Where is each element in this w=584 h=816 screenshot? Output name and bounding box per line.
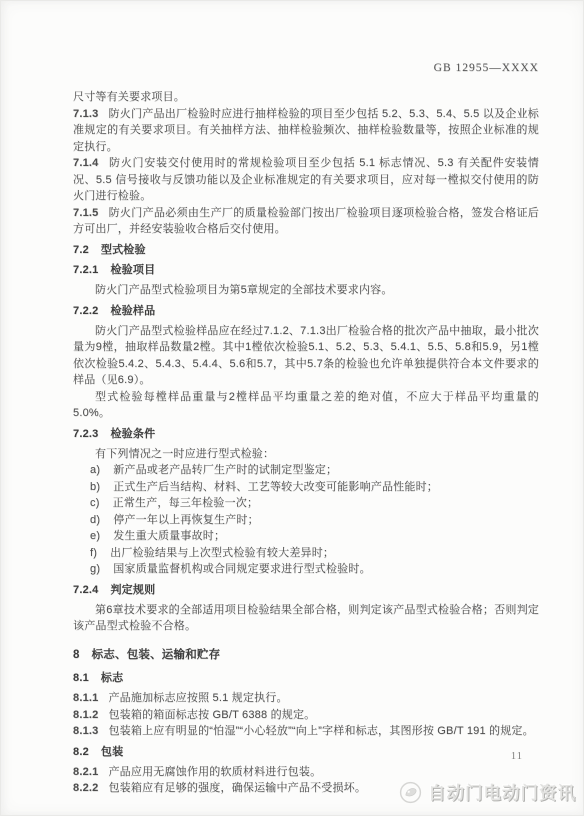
list-item: b)正式生产后当结构、材料、工艺等较大改变可能影响产品性能时； <box>73 479 539 496</box>
paragraph: 8.1.2包装箱的箱面标志按 GB/T 6388 的规定。 <box>73 707 539 724</box>
clause-text: 正式生产后当结构、材料、工艺等较大改变可能影响产品性能时； <box>113 481 438 493</box>
clause-number: 8.2.2 <box>73 782 98 794</box>
clause-text: 新产品或老产品转厂生产时的试制定型鉴定； <box>113 464 337 476</box>
standard-code-header: GB 12955—XXXX <box>434 62 539 74</box>
clause-number: f) <box>90 547 97 559</box>
clause-text: 检验项目 <box>110 264 155 276</box>
clause-number: 7.2.2 <box>73 305 98 317</box>
clause-number: 8.2.1 <box>73 766 98 778</box>
paragraph: 8.2.1产品应用无腐蚀作用的软质材料进行包装。 <box>73 764 539 781</box>
clause-number: 7.1.5 <box>73 207 98 219</box>
clause-number: 7.2.1 <box>73 264 98 276</box>
page-number: 11 <box>511 751 523 762</box>
list-item: c)正常生产，每三年检验一次； <box>73 495 539 512</box>
section-heading: 8标志、包装、运输和贮存 <box>73 647 539 664</box>
paragraph: 尺寸等有关要求项目。 <box>73 89 539 106</box>
clause-text: 产品应用无腐蚀作用的软质材料进行包装。 <box>108 766 321 778</box>
list-item: d)停产一年以上再恢复生产时； <box>73 512 539 529</box>
clause-number: 7.2 <box>73 244 89 256</box>
clause-number: 8.2 <box>73 746 89 758</box>
clause-text: 防火门产品必须由生产厂的质量检验部门按出厂检验项目逐项检验合格，签发合格证后方可… <box>73 207 539 236</box>
swirl-logo-icon <box>398 780 423 805</box>
clause-text: 正常生产，每三年检验一次； <box>113 497 259 509</box>
clause-number: 7.2.4 <box>73 584 98 596</box>
clause-number: 7.2.3 <box>73 428 98 440</box>
list-item: f)出厂检验结果与上次型式检验有较大差异时； <box>73 545 539 562</box>
clause-text: 检验条件 <box>110 428 155 440</box>
watermark: 自动门电动门资讯 <box>398 780 576 805</box>
clause-text: 有下列情况之一时应进行型式检验： <box>95 448 274 460</box>
paragraph: 7.1.3防火门产品出厂检验时应进行抽样检验的项目至少包括 5.2、5.3、5.… <box>73 106 539 156</box>
section-heading: 8.1标志 <box>73 670 539 687</box>
clause-text: 尺寸等有关要求项目。 <box>73 91 185 103</box>
clause-text: 停产一年以上再恢复生产时； <box>113 514 259 526</box>
clause-number: e) <box>90 530 100 542</box>
clause-text: 包装 <box>101 746 123 758</box>
clause-text: 标志、包装、运输和贮存 <box>92 649 221 661</box>
paragraph: 防火门产品型式检验样品应在经过7.1.2、7.1.3出厂检验合格的批次产品中抽取… <box>73 323 539 389</box>
section-heading: 8.2包装 <box>73 744 539 761</box>
clause-number: 8.1 <box>73 672 89 684</box>
watermark-text: 自动门电动门资讯 <box>428 780 576 805</box>
list-item: a)新产品或老产品转厂生产时的试制定型鉴定； <box>73 462 539 479</box>
section-heading: 7.2.3检验条件 <box>73 426 539 443</box>
clause-text: 发生重大质量事故时； <box>113 530 225 542</box>
clause-number: c) <box>90 497 100 509</box>
clause-text: 国家质量监督机构或合同规定要求进行型式检验时。 <box>113 563 371 575</box>
clause-text: 防火门安装交付使用时的常规检验项目至少包括 5.1 标志情况、5.3 有关配件安… <box>73 157 539 202</box>
clause-text: 出厂检验结果与上次型式检验有较大差异时； <box>110 547 334 559</box>
clause-number: 8.1.1 <box>73 692 98 704</box>
paragraph: 有下列情况之一时应进行型式检验： <box>73 446 539 463</box>
clause-number: 8 <box>73 649 80 661</box>
scanned-standard-page: GB 12955—XXXX 尺寸等有关要求项目。7.1.3防火门产品出厂检验时应… <box>0 0 584 816</box>
clause-text: 包装箱的箱面标志按 GB/T 6388 的规定。 <box>108 709 315 721</box>
clause-number: g) <box>90 563 100 575</box>
clause-number: d) <box>90 514 100 526</box>
section-heading: 7.2.4判定规则 <box>73 582 539 599</box>
clause-text: 防火门产品出厂检验时应进行抽样检验的项目至少包括 5.2、5.3、5.4、5.5… <box>73 108 539 153</box>
clause-text: 防火门产品型式检验样品应在经过7.1.2、7.1.3出厂检验合格的批次产品中抽取… <box>73 325 539 387</box>
clause-text: 型式检验 <box>101 244 146 256</box>
clause-text: 包装箱应有足够的强度，确保运输中产品不受损坏。 <box>108 782 366 794</box>
clause-number: 7.1.3 <box>73 108 98 120</box>
paragraph: 第6章技术要求的全部适用项目检验结果全部合格，则判定该产品型式检验合格；否则判定… <box>73 602 539 635</box>
section-heading: 7.2型式检验 <box>73 242 539 259</box>
paragraph: 8.1.3包装箱上应有明显的“怕湿”“小心轻放”“向上”字样和标志，其图形按 G… <box>73 723 539 740</box>
clause-number: 7.1.4 <box>73 157 98 169</box>
section-heading: 7.2.1检验项目 <box>73 262 539 279</box>
clause-text: 型式检验每樘样品重量与2樘样品平均重量之差的绝对值，不应大于样品平均重量的5.0… <box>73 391 539 420</box>
paragraph: 防火门产品型式检验项目为第5章规定的全部技术要求内容。 <box>73 282 539 299</box>
list-item: g)国家质量监督机构或合同规定要求进行型式检验时。 <box>73 561 539 578</box>
paragraph: 型式检验每樘样品重量与2樘样品平均重量之差的绝对值，不应大于样品平均重量的5.0… <box>73 389 539 422</box>
clause-number: 8.1.2 <box>73 709 98 721</box>
paragraph: 7.1.4防火门安装交付使用时的常规检验项目至少包括 5.1 标志情况、5.3 … <box>73 155 539 205</box>
section-heading: 7.2.2检验样品 <box>73 303 539 320</box>
clause-text: 产品施加标志应按照 5.1 规定执行。 <box>108 692 287 704</box>
clause-text: 包装箱上应有明显的“怕湿”“小心轻放”“向上”字样和标志，其图形按 GB/T 1… <box>108 725 533 737</box>
clause-text: 第6章技术要求的全部适用项目检验结果全部合格，则判定该产品型式检验合格；否则判定… <box>73 604 539 633</box>
clause-number: a) <box>90 464 100 476</box>
paragraph: 7.1.5防火门产品必须由生产厂的质量检验部门按出厂检验项目逐项检验合格，签发合… <box>73 205 539 238</box>
clause-number: 8.1.3 <box>73 725 98 737</box>
list-item: e)发生重大质量事故时； <box>73 528 539 545</box>
clause-text: 检验样品 <box>110 305 155 317</box>
clause-text: 标志 <box>101 672 123 684</box>
paragraph: 8.1.1产品施加标志应按照 5.1 规定执行。 <box>73 690 539 707</box>
document-body: 尺寸等有关要求项目。7.1.3防火门产品出厂检验时应进行抽样检验的项目至少包括 … <box>73 89 539 797</box>
clause-text: 判定规则 <box>110 584 155 596</box>
clause-text: 防火门产品型式检验项目为第5章规定的全部技术要求内容。 <box>95 284 393 296</box>
clause-number: b) <box>90 481 100 493</box>
